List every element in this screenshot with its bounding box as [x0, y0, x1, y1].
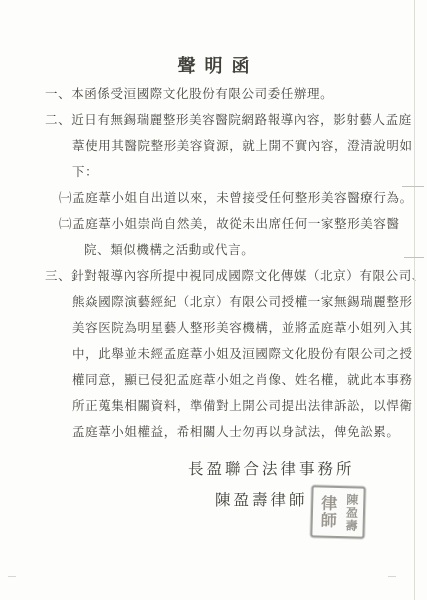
line-text: 近日有無錫瑞麗整形美容醫院網路報導內容，影射藝人孟庭	[71, 113, 412, 127]
line-text: 熊焱國際演藝經紀（北京）有限公司授權一家無錫瑞麗整形	[72, 295, 413, 309]
document-body: 一、本函係受洹國際文化股份有限公司委任辦理。 二、近日有無錫瑞麗整形美容醫院網路…	[0, 81, 415, 445]
list-marker: ㈡	[59, 217, 72, 231]
line-text: 孟庭葦小姐權益，希相關人士勿再以身試法，俾免訟累。	[72, 425, 400, 439]
scan-artifact-mark	[8, 576, 16, 577]
declaration-letter-page: 聲明函 一、本函係受洹國際文化股份有限公司委任辦理。 二、近日有無錫瑞麗整形美容…	[0, 0, 427, 600]
list-marker: 三、	[45, 269, 71, 283]
lawyer-name: 陳盈壽律師	[215, 488, 308, 514]
list-marker: ㈠	[59, 191, 72, 205]
text-line: 三、針對報導內容所提中視同成國際文化傳媒（北京）有限公司、	[0, 263, 415, 289]
lawyer-signature-row: 陳盈壽律師 律師 陳盈壽	[188, 488, 408, 538]
text-line: 葦使用其醫院整形美容資源，就上開不實內容，澄清說明如	[0, 133, 415, 159]
text-line: 孟庭葦小姐權益，希相關人士勿再以身試法，俾免訟累。	[0, 419, 415, 445]
line-text: 孟庭葦小姐崇尚自然美，故從未出席任何一家整形美容醫	[72, 217, 400, 231]
scan-artifact-tick	[404, 257, 424, 258]
text-line: 權同意，顯已侵犯孟庭葦小姐之肖像、姓名權，就此本事務	[0, 367, 415, 393]
law-firm-name: 長盈聯合法律事務所	[188, 457, 408, 483]
line-text: 權同意，顯已侵犯孟庭葦小姐之肖像、姓名權，就此本事務	[72, 373, 413, 387]
text-line: 熊焱國際演藝經紀（北京）有限公司授權一家無錫瑞麗整形	[0, 289, 415, 315]
text-line: 美容医院為明星藝人整形美容機構，並將孟庭葦小姐列入其	[0, 315, 415, 341]
line-text: 所正蒐集相關資料，準備對上開公司提出法律訴訟，以悍衛	[72, 399, 413, 413]
list-marker: 一、	[45, 87, 71, 101]
lawyer-seal-stamp: 律師 陳盈壽	[310, 485, 365, 538]
line-text: 針對報導內容所提中視同成國際文化傳媒（北京）有限公司、	[71, 269, 425, 283]
line-text: 美容医院為明星藝人整形美容機構，並將孟庭葦小姐列入其	[72, 321, 413, 335]
signature-block: 長盈聯合法律事務所 陳盈壽律師 律師 陳盈壽	[188, 457, 408, 538]
text-line: 下：	[0, 159, 415, 185]
line-text: 下：	[72, 165, 98, 179]
line-text: 孟庭葦小姐自出道以來，未曾接受任何整形美容醫療行為。	[72, 191, 413, 205]
scan-artifact-tick	[402, 186, 424, 187]
line-text: 葦使用其醫院整形美容資源，就上開不實內容，澄清說明如	[72, 139, 413, 153]
list-marker: 二、	[45, 113, 71, 127]
scan-artifact-mark	[388, 576, 396, 577]
text-line: 所正蒐集相關資料，準備對上開公司提出法律訴訟，以悍衛	[0, 393, 415, 419]
seal-text-left-column: 律師	[314, 487, 338, 536]
text-line: 二、近日有無錫瑞麗整形美容醫院網路報導內容，影射藝人孟庭	[0, 107, 415, 133]
text-line: 中，此舉並未經孟庭葦小姐及洹國際文化股份有限公司之授	[0, 341, 415, 367]
line-text: 本函係受洹國際文化股份有限公司委任辦理。	[71, 87, 333, 101]
text-line: ㈡孟庭葦小姐崇尚自然美，故從未出席任何一家整形美容醫	[0, 211, 415, 237]
text-line: 院、類似機構之活動或代言。	[0, 237, 415, 263]
seal-text-right-column: 陳盈壽	[342, 488, 360, 536]
text-line: ㈠孟庭葦小姐自出道以來，未曾接受任何整形美容醫療行為。	[0, 185, 415, 211]
line-text: 院、類似機構之活動或代言。	[84, 243, 254, 257]
text-line: 一、本函係受洹國際文化股份有限公司委任辦理。	[0, 81, 415, 107]
document-title: 聲明函	[0, 52, 427, 78]
line-text: 中，此舉並未經孟庭葦小姐及洹國際文化股份有限公司之授	[72, 347, 413, 361]
scan-artifact-vertical-line	[414, 0, 415, 600]
